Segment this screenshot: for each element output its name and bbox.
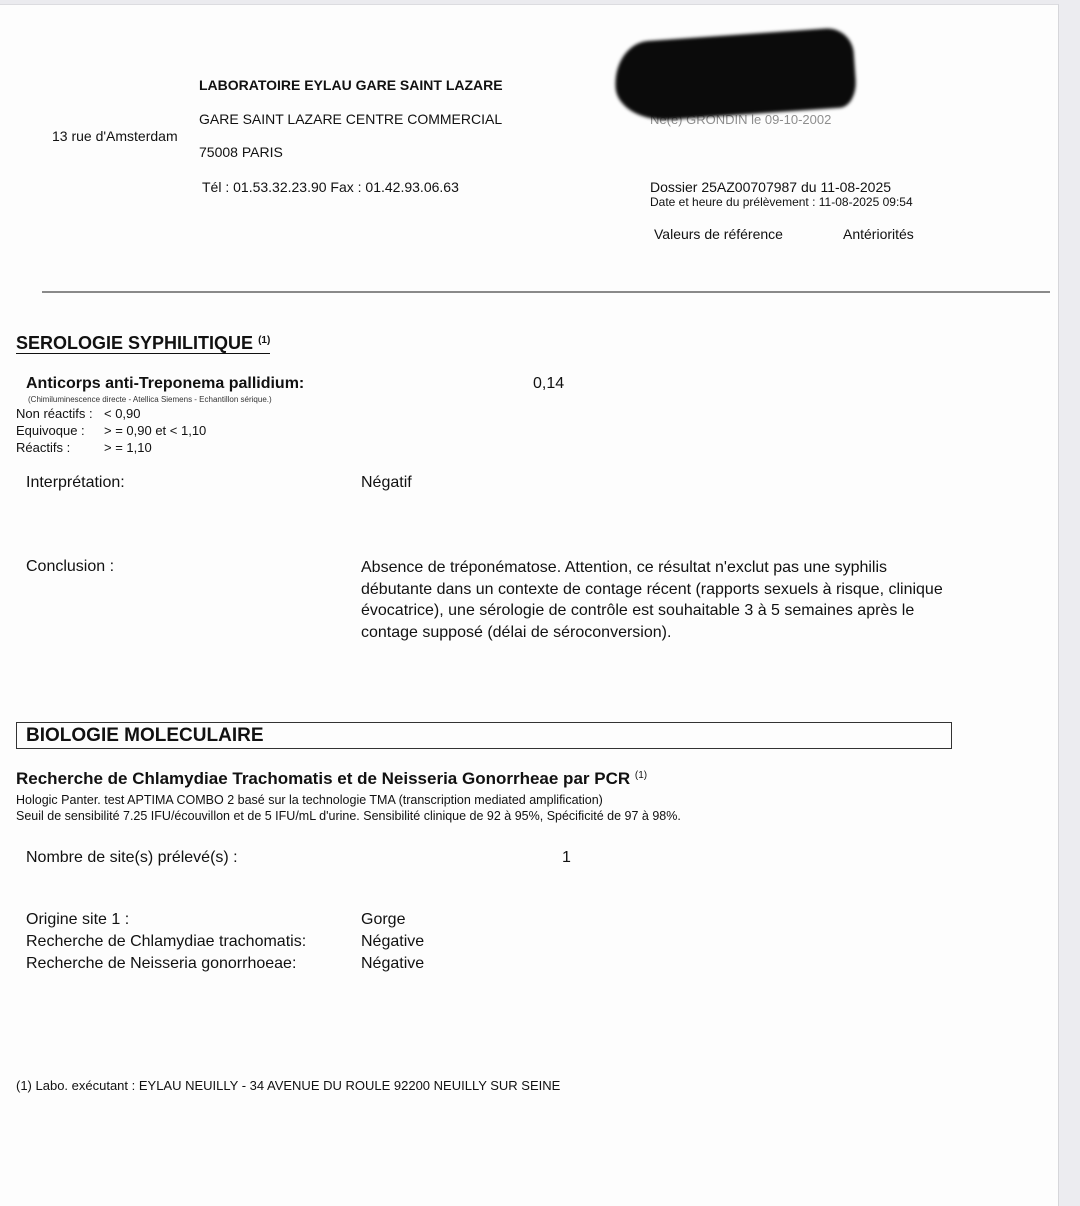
lab-address-line2: 75008 PARIS (199, 144, 283, 160)
column-anteriorites: Antériorités (843, 226, 914, 242)
result-value: Négative (361, 933, 424, 951)
conclusion-label: Conclusion : (26, 558, 114, 576)
lab-name: LABORATOIRE EYLAU GARE SAINT LAZARE (199, 77, 503, 93)
conclusion-text: Absence de tréponématose. Attention, ce … (361, 557, 961, 643)
lab-address-line1: GARE SAINT LAZARE CENTRE COMMERCIAL (199, 111, 502, 127)
result-value: Négative (361, 955, 424, 973)
test-value-treponema: 0,14 (533, 375, 564, 393)
dossier-number: Dossier 25AZ00707987 du 11-08-2025 (650, 179, 891, 195)
pcr-test-title: Recherche de Chlamydiae Trachomatis et d… (16, 769, 647, 789)
reference-value: < 0,90 (104, 406, 141, 421)
reference-label: Réactifs : (16, 440, 70, 455)
footnote-executing-lab: (1) Labo. exécutant : EYLAU NEUILLY - 34… (16, 1078, 560, 1093)
interpretation-value: Négatif (361, 474, 412, 492)
test-label-treponema: Anticorps anti-Treponema pallidium: (26, 375, 304, 393)
interpretation-label: Interprétation: (26, 474, 125, 492)
sampling-datetime: Date et heure du prélèvement : 11-08-202… (650, 195, 913, 209)
result-value: Gorge (361, 911, 405, 929)
viewer-background-edge (1059, 0, 1080, 1206)
redaction-mark (613, 27, 858, 124)
result-label: Recherche de Chlamydiae trachomatis: (26, 933, 306, 951)
reference-value: > = 1,10 (104, 440, 152, 455)
section-title-text: SEROLOGIE SYPHILITIQUE (16, 333, 253, 353)
result-label: Recherche de Neisseria gonorrhoeae: (26, 955, 296, 973)
pcr-description-line1: Hologic Panter. test APTIMA COMBO 2 basé… (16, 793, 603, 807)
header-divider (42, 291, 1050, 293)
test-method: (Chimiluminescence directe - Atellica Si… (28, 395, 272, 404)
reference-value: > = 0,90 et < 1,10 (104, 423, 206, 438)
section-title-serologie: SEROLOGIE SYPHILITIQUE (1) (16, 331, 270, 354)
lab-street: 13 rue d'Amsterdam (52, 128, 178, 144)
sites-count-value: 1 (562, 849, 571, 867)
report-page: LABORATOIRE EYLAU GARE SAINT LAZARE GARE… (0, 4, 1059, 1206)
pcr-description-line2: Seuil de sensibilité 7.25 IFU/écouvillon… (16, 809, 681, 823)
reference-label: Equivoque : (16, 423, 85, 438)
result-label: Origine site 1 : (26, 911, 129, 929)
column-reference-values: Valeurs de référence (654, 226, 783, 242)
footnote-mark: (1) (635, 770, 647, 781)
section-title-biologie: BIOLOGIE MOLECULAIRE (26, 725, 264, 747)
pcr-test-title-text: Recherche de Chlamydiae Trachomatis et d… (16, 769, 630, 788)
lab-phone-fax: Tél : 01.53.32.23.90 Fax : 01.42.93.06.6… (202, 179, 459, 195)
reference-label: Non réactifs : (16, 406, 93, 421)
sites-count-label: Nombre de site(s) prélevé(s) : (26, 849, 238, 867)
footnote-mark: (1) (258, 335, 270, 346)
